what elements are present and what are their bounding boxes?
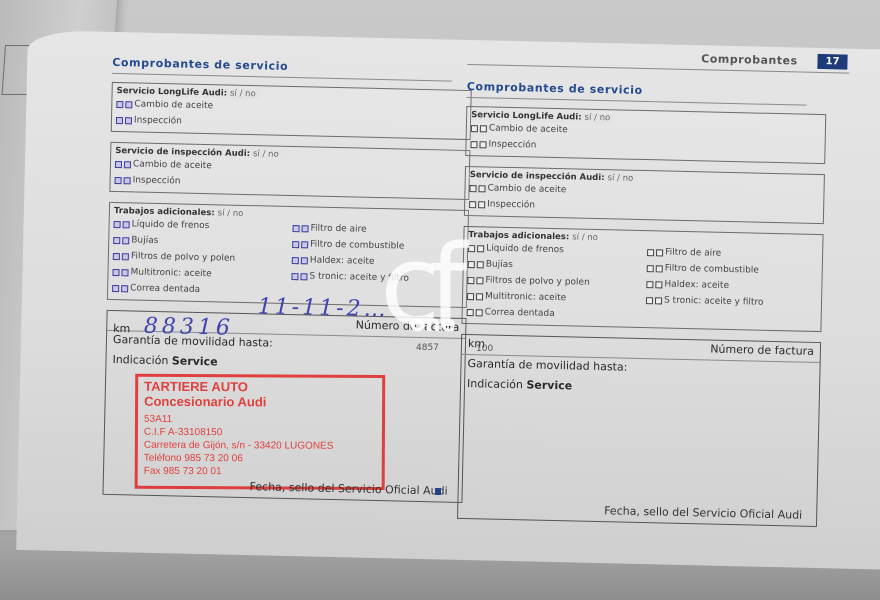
checklist-item-label: Cambio de aceite bbox=[487, 183, 566, 195]
service-booklet-page: Comprobantes 17 Comprobantes de servicio… bbox=[16, 30, 880, 570]
checklist-item: S tronic: aceite y filtro bbox=[646, 292, 815, 312]
additional-work-box: Trabajos adicionales: sí / no Líquido de… bbox=[461, 226, 823, 332]
checkbox-yes[interactable] bbox=[115, 177, 122, 184]
checkbox-no[interactable] bbox=[122, 237, 129, 244]
checklist-item-label: Filtros de polvo y polen bbox=[485, 275, 589, 287]
stamp-phone: Teléfono 985 73 20 06 bbox=[144, 452, 376, 466]
checklist-item-label: Multitronic: aceite bbox=[130, 267, 211, 279]
yes-no-label: sí / no bbox=[218, 208, 244, 219]
checkbox-yes[interactable] bbox=[647, 265, 654, 272]
stamp-fax: Fax 985 73 20 01 bbox=[144, 465, 376, 479]
checkbox-no[interactable] bbox=[123, 221, 130, 228]
checkbox-yes[interactable] bbox=[112, 284, 119, 291]
indication-label: Indicación bbox=[112, 353, 168, 367]
checklist-item-label: Multitronic: aceite bbox=[485, 291, 566, 303]
checkbox-yes[interactable] bbox=[114, 220, 121, 227]
yes-no-label: sí / no bbox=[230, 89, 256, 100]
stamp-dealer-name: TARTIERE AUTO bbox=[144, 379, 376, 395]
checklist-item-label: Correa dentada bbox=[130, 283, 200, 295]
checklist-item-label: Inspección bbox=[133, 175, 181, 186]
checkbox-no[interactable] bbox=[476, 293, 483, 300]
checkbox-no[interactable] bbox=[480, 125, 487, 132]
checkbox-no[interactable] bbox=[124, 177, 131, 184]
checkbox-no[interactable] bbox=[479, 141, 486, 148]
checkbox-no[interactable] bbox=[478, 185, 485, 192]
service-date: 11-11-2… bbox=[257, 294, 388, 322]
checkbox-yes[interactable] bbox=[646, 281, 653, 288]
checklist-item: Correa dentada bbox=[467, 304, 636, 324]
page-section-name: Comprobantes bbox=[701, 52, 798, 67]
checkbox-yes[interactable] bbox=[647, 249, 654, 256]
checklist-item-label: Líquido de frenos bbox=[486, 243, 564, 255]
signature-label: Fecha, sello del Servicio Oficial Audi bbox=[604, 504, 802, 521]
checklist-item-label: Filtro de combustible bbox=[310, 239, 404, 251]
checkbox-yes[interactable] bbox=[469, 185, 476, 192]
checkbox-no[interactable] bbox=[655, 297, 662, 304]
checklist-item: S tronic: aceite y filtro bbox=[291, 268, 460, 288]
indication-label: Indicación bbox=[467, 377, 523, 391]
checkbox-yes[interactable] bbox=[292, 257, 299, 264]
stamp-code: 53A11 bbox=[144, 413, 376, 427]
checkbox-no[interactable] bbox=[125, 117, 132, 124]
checkbox-no[interactable] bbox=[656, 249, 663, 256]
inspection-service-box: Servicio de inspección Audi: sí / no Cam… bbox=[109, 142, 470, 200]
checkbox-yes[interactable] bbox=[113, 236, 120, 243]
checkbox-no[interactable] bbox=[121, 285, 128, 292]
checkbox-yes[interactable] bbox=[646, 297, 653, 304]
checkbox-no[interactable] bbox=[476, 277, 483, 284]
checkbox-yes[interactable] bbox=[467, 309, 474, 316]
checklist-item-label: Bujías bbox=[131, 235, 158, 246]
stamp-cif: C.I.F A-33108150 bbox=[144, 426, 376, 440]
yes-no-label: sí / no bbox=[607, 173, 633, 184]
checklist-item-label: Inspección bbox=[134, 115, 182, 126]
page-marker-square bbox=[435, 488, 441, 495]
checklist-item-label: Correa dentada bbox=[485, 307, 555, 319]
checkbox-yes[interactable] bbox=[468, 261, 475, 268]
yes-no-label: sí / no bbox=[584, 113, 610, 124]
checkbox-yes[interactable] bbox=[467, 293, 474, 300]
checklist-item: Correa dentada bbox=[112, 280, 281, 300]
checkbox-yes[interactable] bbox=[115, 161, 122, 168]
checklist-item-label: Cambio de aceite bbox=[489, 123, 568, 135]
checklist-item-label: Haldex: aceite bbox=[310, 255, 375, 266]
longlife-service-box: Servicio LongLife Audi: sí / no Cambio d… bbox=[111, 82, 472, 140]
checkbox-yes[interactable] bbox=[292, 241, 299, 248]
stamp-address: Carretera de Gijón, s/n - 33420 LUGONES bbox=[144, 439, 376, 453]
stamp-dealer-type: Concesionario Audi bbox=[144, 394, 376, 410]
checkbox-yes[interactable] bbox=[113, 252, 120, 259]
checklist-item-label: Filtro de combustible bbox=[665, 264, 759, 276]
checkbox-no[interactable] bbox=[655, 281, 662, 288]
checkbox-yes[interactable] bbox=[112, 268, 119, 275]
checklist-item-label: Haldex: aceite bbox=[664, 280, 729, 291]
checkbox-no[interactable] bbox=[121, 269, 128, 276]
checklist-item-label: Bujías bbox=[486, 259, 513, 270]
checkbox-yes[interactable] bbox=[116, 101, 123, 108]
inspection-service-box: Servicio de inspección Audi: sí / no Cam… bbox=[464, 166, 825, 224]
checklist-item-label: Inspección bbox=[488, 139, 536, 150]
indication-service: Service bbox=[526, 378, 572, 392]
checkbox-no[interactable] bbox=[478, 201, 485, 208]
km-value: 88316 bbox=[144, 314, 235, 341]
page-header: Comprobantes 17 bbox=[701, 51, 848, 69]
longlife-service-box: Servicio LongLife Audi: sí / no Cambio d… bbox=[465, 106, 826, 164]
service-record-box: km 88316 11-11-2… Número de factura Gara… bbox=[102, 310, 466, 503]
checklist-item-label: Cambio de aceite bbox=[133, 159, 212, 171]
checklist-item-label: Filtro de aire bbox=[310, 223, 366, 234]
checklist-item-label: Líquido de frenos bbox=[132, 219, 210, 231]
section-title: Comprobantes de servicio bbox=[112, 56, 452, 82]
checkbox-no[interactable] bbox=[301, 257, 308, 264]
checkbox-yes[interactable] bbox=[470, 141, 477, 148]
checklist-item-label: Cambio de aceite bbox=[134, 99, 213, 111]
checklist-item-label: S tronic: aceite y filtro bbox=[309, 271, 409, 283]
checklist-item-label: Filtros de polvo y polen bbox=[131, 251, 235, 263]
invoice-number-label: Número de factura bbox=[710, 343, 814, 360]
checkbox-no[interactable] bbox=[122, 253, 129, 260]
checkbox-no[interactable] bbox=[656, 265, 663, 272]
checklist-item-label: Filtro de aire bbox=[665, 248, 721, 259]
section-title: Comprobantes de servicio bbox=[467, 80, 807, 106]
km-label: km bbox=[113, 322, 130, 335]
additional-work-box: Trabajos adicionales: sí / no Líquido de… bbox=[107, 202, 469, 308]
checkbox-no[interactable] bbox=[476, 309, 483, 316]
checkbox-no[interactable] bbox=[300, 273, 307, 280]
checkbox-yes[interactable] bbox=[292, 225, 299, 232]
left-service-record: Comprobantes de servicio Servicio LongLi… bbox=[102, 56, 472, 503]
checkbox-yes[interactable] bbox=[468, 245, 475, 252]
checkbox-no[interactable] bbox=[477, 261, 484, 268]
checkbox-no[interactable] bbox=[301, 225, 308, 232]
checkbox-yes[interactable] bbox=[467, 277, 474, 284]
checkbox-no[interactable] bbox=[124, 161, 131, 168]
checkbox-no[interactable] bbox=[477, 245, 484, 252]
checklist-item-label: S tronic: aceite y filtro bbox=[664, 296, 764, 308]
dealer-stamp: TARTIERE AUTO Concesionario Audi 53A11 C… bbox=[135, 374, 386, 490]
yes-no-label: sí / no bbox=[253, 149, 279, 160]
checkbox-yes[interactable] bbox=[469, 201, 476, 208]
right-service-record: Comprobantes de servicio Servicio LongLi… bbox=[457, 80, 827, 527]
checkbox-no[interactable] bbox=[125, 101, 132, 108]
service-record-box: km Número de factura Garantía de movilid… bbox=[457, 334, 821, 527]
yes-no-label: sí / no bbox=[572, 232, 598, 243]
checkbox-yes[interactable] bbox=[291, 273, 298, 280]
page-number-badge: 17 bbox=[817, 54, 847, 70]
indication-service: Service bbox=[172, 354, 218, 368]
checkbox-yes[interactable] bbox=[471, 125, 478, 132]
checkbox-no[interactable] bbox=[301, 241, 308, 248]
checklist-item-label: Inspección bbox=[487, 199, 535, 210]
checkbox-yes[interactable] bbox=[116, 117, 123, 124]
km-label: km bbox=[468, 337, 485, 352]
signature-label: Fecha, sello del Servicio Oficial Audi bbox=[249, 480, 447, 497]
